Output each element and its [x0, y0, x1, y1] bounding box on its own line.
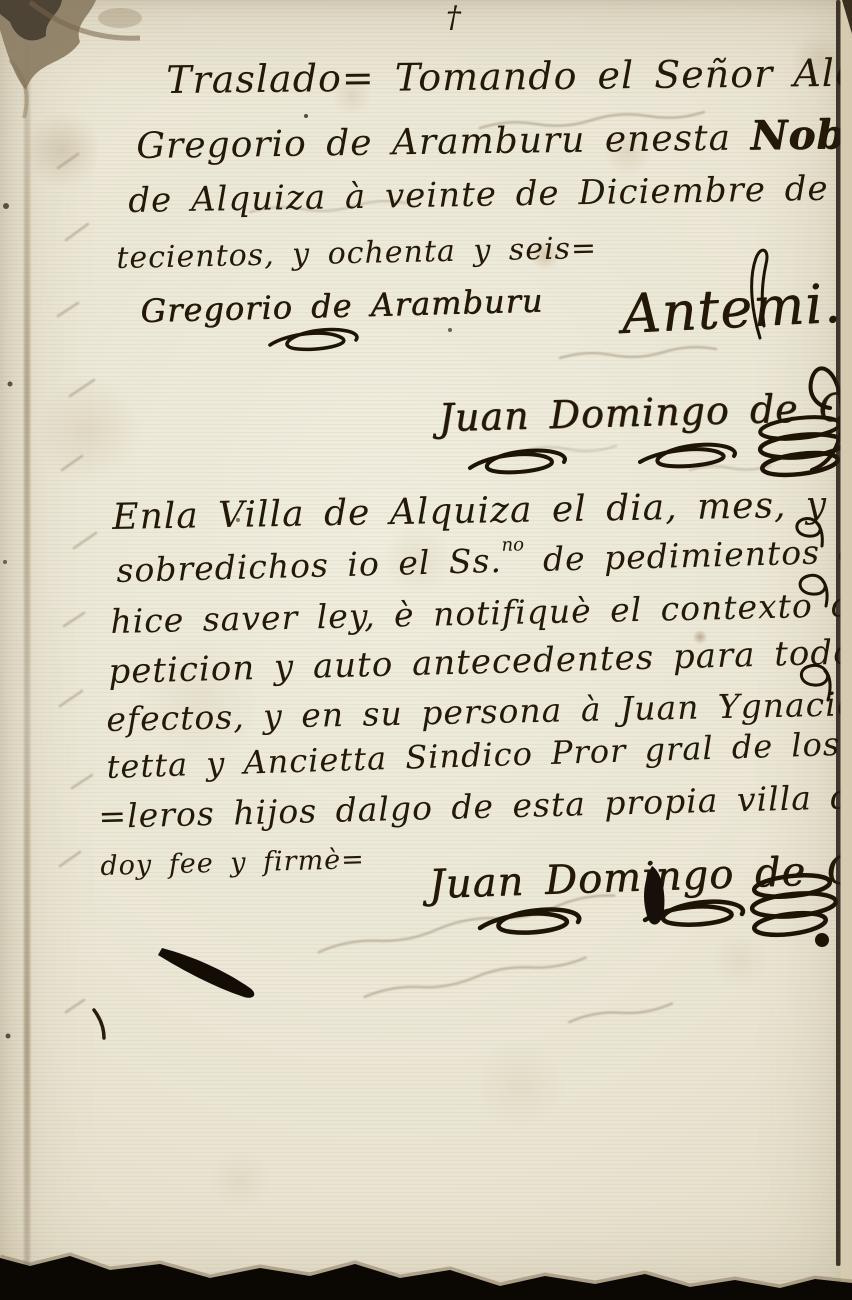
edge-speck [8, 382, 13, 387]
body-line-3: hice saver ley, è notifiquè el contexto … [110, 584, 852, 641]
ink-tick [94, 1010, 104, 1038]
invocation-cross: † [446, 0, 462, 35]
body-line-2-tail: de pedimientos de pnte [524, 528, 852, 579]
top-right-corner-shadow [842, 0, 852, 34]
edge-speck [3, 560, 7, 564]
word-noble: Noble [750, 110, 852, 160]
body-line-2-text: sobredichos io el Ss. [116, 541, 502, 590]
body-line-7: =leros hijos dalgo de esta propia villa … [98, 775, 852, 836]
rubric-flourish-alcalde [270, 330, 357, 350]
ante-mi-note: Antemi. [620, 271, 843, 345]
heading-line-2: Gregorio de Aramburu enesta Noble villa [136, 108, 852, 168]
heading-line-3: de Alquiza à veinte de Diciembre de mil … [128, 166, 852, 221]
body-line-2: sobredichos io el Ss.no de pedimientos d… [116, 528, 852, 590]
corner-damage [0, 0, 142, 118]
signature-escribano-2: Juan Domingo de Olola [428, 844, 852, 908]
corner-stain-halo [98, 8, 142, 28]
signature-escribano-1: Juan Domingo de Olola [438, 383, 852, 440]
corner-crack [10, 60, 27, 118]
rubric-coil-2 [759, 431, 845, 460]
heading-line-4: tecientos, y ochenta y seis= [116, 231, 597, 276]
rubric-flourish-escribano2-mid [645, 902, 743, 925]
corner-damage-outer [0, 0, 96, 90]
rubric-flourish-escribano1-left [470, 451, 565, 473]
heading-line-2-text: Gregorio de Aramburu enesta [136, 117, 751, 167]
manuscript-page: † Traslado= Tomando el Señor Alcalde Gre… [0, 0, 852, 1300]
body-line-1: Enla Villa de Alquiza el dia, mes, y año [112, 483, 852, 538]
edge-speck [3, 203, 9, 209]
escribano-abbreviation: no [501, 534, 524, 556]
rubric-coil-6 [753, 910, 827, 939]
edge-speck [6, 1034, 11, 1039]
body-line-4: peticion y auto antecedentes para todos … [108, 630, 852, 692]
rubric-dot [815, 933, 829, 947]
rubric-flourish-escribano2-left [480, 910, 579, 933]
corner-curl [30, 2, 140, 38]
signature-alcalde: Gregorio de Aramburu [140, 281, 544, 330]
body-line-8: doy fee y firmè= [100, 844, 365, 882]
ink-blot-stroke [158, 948, 254, 998]
rubric-flourish-escribano1-mid [640, 445, 735, 467]
torn-bottom-edge [0, 1256, 852, 1300]
ink-speck [448, 328, 452, 332]
heading-line-1: Traslado= Tomando el Señor Alcalde [166, 50, 852, 102]
torn-edge-shadow [0, 1256, 852, 1288]
fold-crease [24, 0, 30, 1300]
rubric-coil-3 [761, 449, 839, 478]
corner-damage-inner [0, 0, 62, 40]
